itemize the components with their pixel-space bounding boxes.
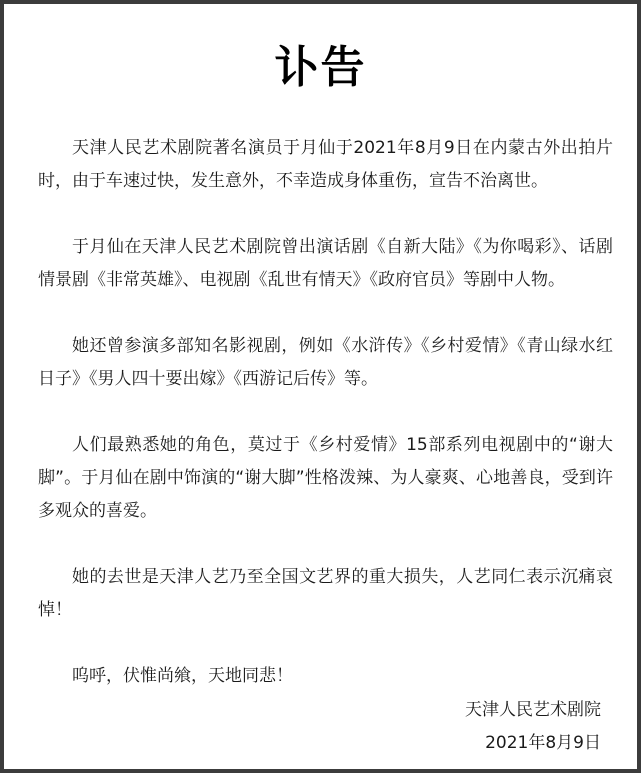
paragraph-famous-role: 人们最熟悉她的角色，莫过于《乡村爱情》15部系列电视剧中的“谢大脚”。于月仙在剧… — [38, 429, 613, 528]
signature-organization: 天津人民艺术剧院 — [465, 694, 601, 727]
obituary-frame: 讣告 天津人民艺术剧院著名演员于月仙于2021年8月9日在内蒙古外出拍片时，由于… — [0, 0, 641, 773]
paragraph-theater-roles: 于月仙在天津人民艺术剧院曾出演话剧《自新大陆》《为你喝彩》、话剧情景剧《非常英雄… — [38, 231, 613, 297]
paragraph-announcement: 天津人民艺术剧院著名演员于月仙于2021年8月9日在内蒙古外出拍片时，由于车速过… — [38, 132, 613, 198]
paragraph-film-tv-roles: 她还曾参演多部知名影视剧，例如《水浒传》《乡村爱情》《青山绿水红日子》《男人四十… — [38, 330, 613, 396]
signature-block: 天津人民艺术剧院 2021年8月9日 — [465, 694, 601, 760]
paragraph-condolence: 她的去世是天津人艺乃至全国文艺界的重大损失，人艺同仁表示沉痛哀悼！ — [38, 561, 613, 627]
signature-date: 2021年8月9日 — [465, 727, 601, 760]
document-body: 天津人民艺术剧院著名演员于月仙于2021年8月9日在内蒙古外出拍片时，由于车速过… — [38, 132, 613, 726]
document-title: 讣告 — [4, 42, 637, 94]
paragraph-lament: 呜呼，伏惟尚飨，天地同悲！ — [38, 660, 613, 693]
